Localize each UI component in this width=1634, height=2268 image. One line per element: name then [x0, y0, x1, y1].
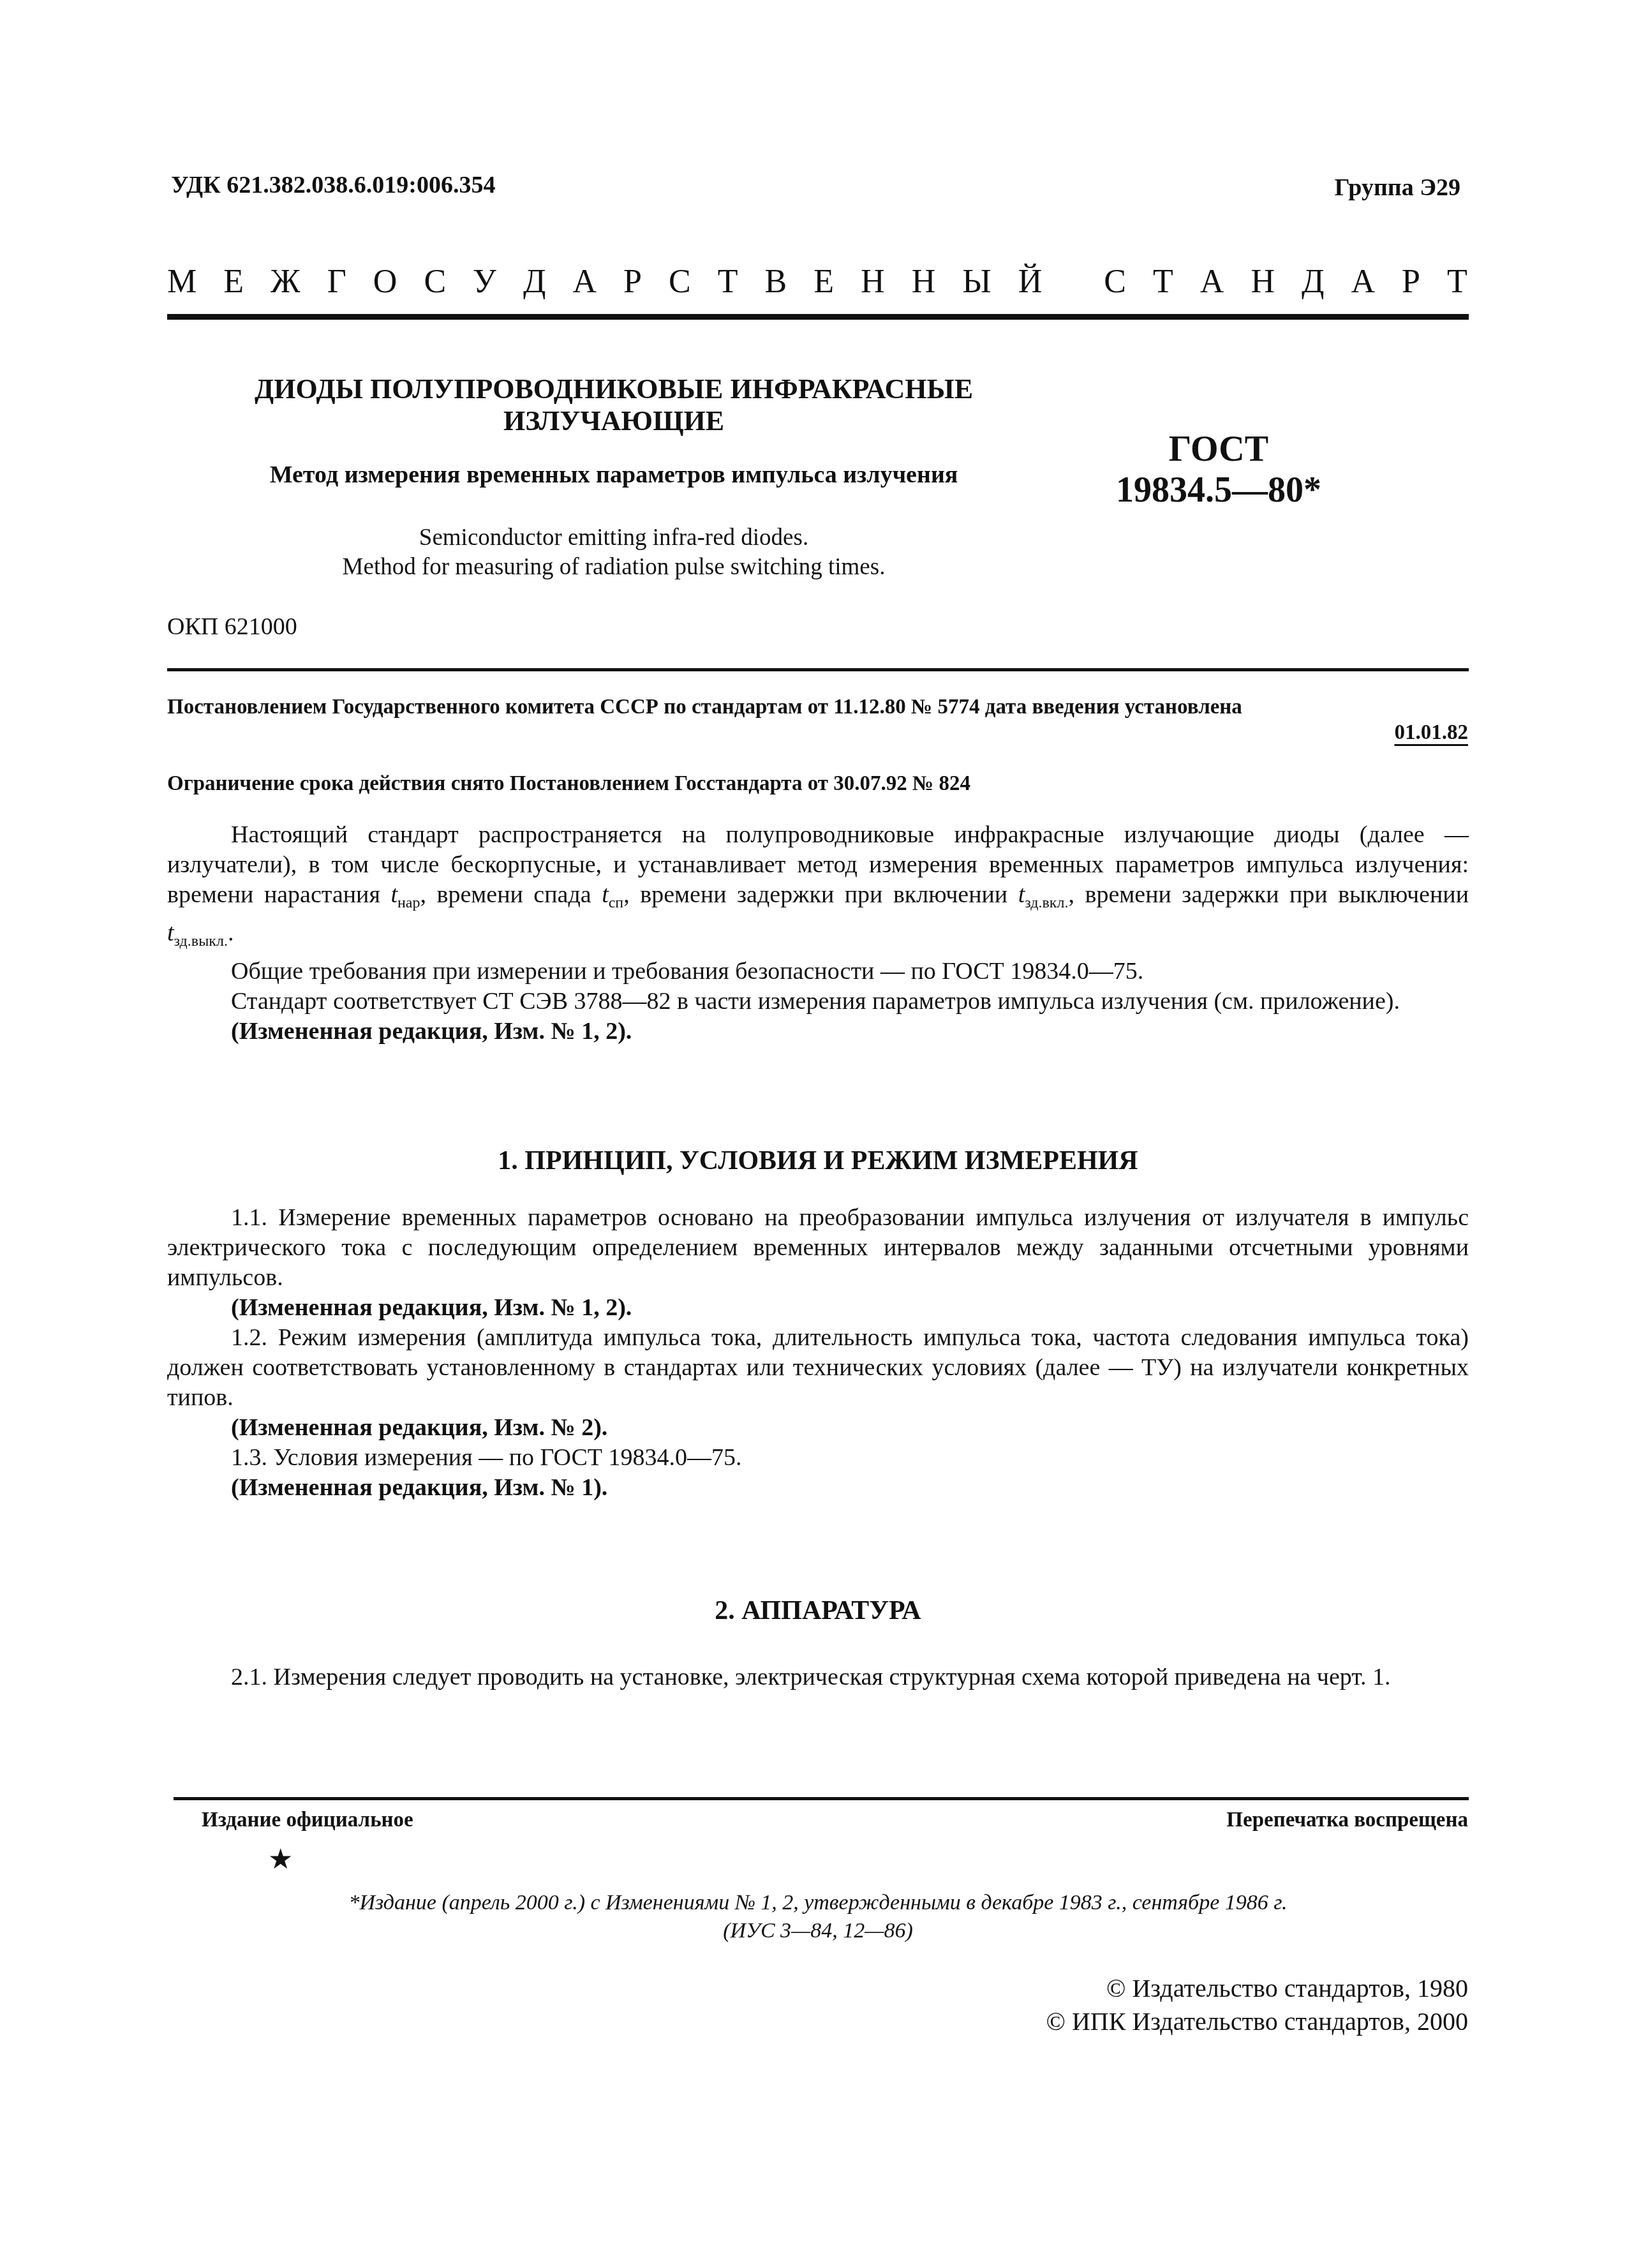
english-title: Semiconductor emitting infra-red diodes.…: [167, 523, 1060, 582]
intro-amendment-note: (Измененная редакция, Изм. № 1, 2).: [167, 1017, 1469, 1047]
t-delay-on-subscript: зд.вкл.: [1025, 895, 1068, 911]
heading-letter: А: [1351, 263, 1375, 301]
document-subtitle: Метод измерения временных параметров имп…: [167, 461, 1060, 489]
title-line-2: ИЗЛУЧАЮЩИЕ: [167, 405, 1060, 437]
heading-letter: Д: [1302, 263, 1324, 301]
heading-letter: О: [373, 263, 397, 301]
edition-note-line-1: *Издание (апрель 2000 г.) с Изменениями …: [167, 1889, 1469, 1917]
heading-letter: Ы: [962, 263, 991, 301]
t-fall-subscript: сп: [609, 895, 624, 911]
heading-letter: Р: [1402, 263, 1420, 301]
heading-letter: Н: [1251, 263, 1275, 301]
t-symbol: t: [167, 920, 174, 946]
heading-letter: Ж: [271, 263, 301, 301]
heading-letter: Н: [912, 263, 936, 301]
section-1-body: 1.1. Измерение временных параметров осно…: [167, 1203, 1469, 1503]
intro-paragraph-1: Настоящий стандарт распространяется на п…: [167, 820, 1469, 957]
heading-letter: Д: [523, 263, 546, 301]
edition-note-line-2: (ИУС 3—84, 12—86): [167, 1917, 1469, 1945]
gost-designation: ГОСТ 19834.5—80*: [1085, 429, 1353, 511]
clause-1-2: 1.2. Режим измерения (амплитуда импульса…: [167, 1323, 1469, 1413]
heading-letter: У: [473, 263, 496, 301]
heading-letter: С: [424, 263, 446, 301]
copyright-line-1: © Издательство стандартов, 1980: [1046, 1972, 1468, 2005]
copyright-block: © Издательство стандартов, 1980 © ИПК Из…: [1046, 1972, 1468, 2038]
top-divider: [167, 314, 1469, 320]
heading-letter: Т: [718, 263, 738, 301]
gost-number: 19834.5—80*: [1085, 470, 1353, 511]
copyright-line-2: © ИПК Издательство стандартов, 2000: [1046, 2005, 1468, 2038]
heading-letter: Р: [623, 263, 642, 301]
interstate-standard-heading: МЕЖГОСУДАРСТВЕННЫЙ СТАНДАРТ: [167, 263, 1467, 301]
reprint-prohibited-label: Перепечатка воспрещена: [1226, 1809, 1468, 1832]
heading-letter: Т: [1153, 263, 1173, 301]
english-title-line-1: Semiconductor emitting infra-red diodes.: [167, 523, 1060, 553]
heading-letter: Г: [327, 263, 346, 301]
heading-letter: Т: [1447, 263, 1467, 301]
section-1-heading: 1. ПРИНЦИП, УСЛОВИЯ И РЕЖИМ ИЗМЕРЕНИЯ: [167, 1145, 1469, 1176]
clause-1-1: 1.1. Измерение временных параметров осно…: [167, 1203, 1469, 1293]
middle-divider: [167, 668, 1469, 671]
heading-letter: С: [669, 263, 691, 301]
heading-letter: [1069, 263, 1077, 301]
decree-date: 01.01.82: [1395, 721, 1469, 745]
heading-letter: А: [1200, 263, 1224, 301]
heading-letter: С: [1104, 263, 1126, 301]
intro-text-e: .: [228, 920, 234, 946]
heading-letter: Е: [223, 263, 244, 301]
t-rise-subscript: нар: [397, 895, 420, 911]
heading-letter: А: [572, 263, 597, 301]
heading-letter: М: [167, 263, 197, 301]
t-symbol: t: [390, 881, 397, 908]
heading-letter: Й: [1018, 263, 1043, 301]
t-delay-off-subscript: зд.выкл.: [174, 933, 228, 950]
intro-text-b: , времени спада: [420, 881, 602, 908]
gost-label: ГОСТ: [1085, 429, 1353, 470]
intro-section: Настоящий стандарт распространяется на п…: [167, 820, 1469, 1047]
heading-letter: Е: [813, 263, 834, 301]
udk-code: УДК 621.382.038.6.019:006.354: [171, 171, 495, 199]
heading-letter: Н: [861, 263, 885, 301]
english-title-line-2: Method for measuring of radiation pulse …: [167, 553, 1060, 582]
intro-paragraph-2: Общие требования при измерении и требова…: [167, 957, 1469, 987]
document-title: ДИОДЫ ПОЛУПРОВОДНИКОВЫЕ ИНФРАКРАСНЫЕ ИЗЛ…: [167, 373, 1060, 437]
intro-paragraph-3: Стандарт соответствует СТ СЭВ 3788—82 в …: [167, 987, 1469, 1017]
clause-1-3-note: (Измененная редакция, Изм. № 1).: [167, 1473, 1469, 1503]
group-code: Группа Э29: [1335, 174, 1460, 202]
clause-1-3: 1.3. Условия измерения — по ГОСТ 19834.0…: [167, 1443, 1469, 1473]
limit-removed-text: Ограничение срока действия снято Постано…: [167, 772, 970, 796]
t-symbol: t: [1018, 881, 1025, 908]
footer-divider: [174, 1797, 1469, 1800]
clause-1-1-note: (Измененная редакция, Изм. № 1, 2).: [167, 1293, 1469, 1323]
okp-code: ОКП 621000: [167, 613, 297, 641]
decree-text: Постановлением Государственного комитета…: [167, 696, 1469, 719]
t-symbol: t: [602, 881, 609, 908]
clause-2-1: 2.1. Измерения следует проводить на уста…: [167, 1662, 1469, 1692]
intro-text-d: , времени задержки при выключении: [1068, 881, 1469, 908]
edition-note: *Издание (апрель 2000 г.) с Изменениями …: [167, 1889, 1469, 1945]
intro-text-c: , времени задержки при включении: [623, 881, 1018, 908]
official-edition-label: Издание официальное: [202, 1809, 413, 1832]
clause-1-2-note: (Измененная редакция, Изм. № 2).: [167, 1413, 1469, 1443]
section-2-body: 2.1. Измерения следует проводить на уста…: [167, 1662, 1469, 1692]
star-icon: ★: [268, 1843, 293, 1876]
heading-letter: В: [765, 263, 787, 301]
title-line-1: ДИОДЫ ПОЛУПРОВОДНИКОВЫЕ ИНФРАКРАСНЫЕ: [167, 373, 1060, 405]
section-2-heading: 2. АППАРАТУРА: [167, 1595, 1469, 1626]
